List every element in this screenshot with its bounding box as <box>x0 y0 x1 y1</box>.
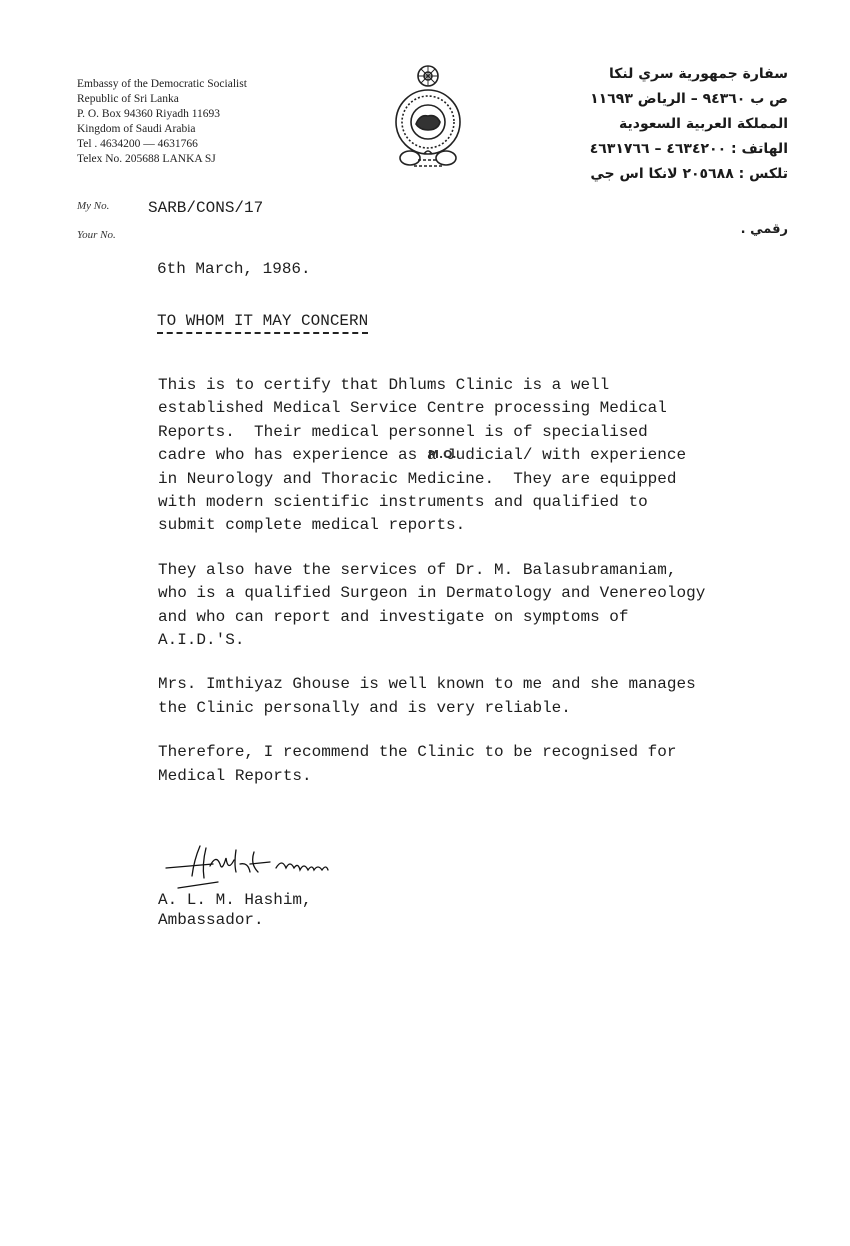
letterhead-line: Embassy of the Democratic Socialist <box>77 77 247 92</box>
letterhead-line: Kingdom of Saudi Arabia <box>77 122 247 137</box>
my-no-label: My No. <box>77 200 109 212</box>
handwritten-annotation: M.O. <box>428 448 456 461</box>
sri-lanka-emblem-icon <box>388 62 468 172</box>
signatory-title: Ambassador. <box>158 910 312 930</box>
arabic-ref-label: رقمي . <box>741 222 788 237</box>
my-no-value: SARB/CONS/17 <box>148 199 263 217</box>
letter-date: 6th March, 1986. <box>157 260 311 278</box>
body-paragraph: Therefore, I recommend the Clinic to be … <box>158 741 818 788</box>
letterhead-arabic-address: سفارة جمهورية سري لنكا ص ب ٩٤٣٦٠ – الريا… <box>590 62 788 187</box>
letter-subject: TO WHOM IT MAY CONCERN <box>157 312 368 334</box>
your-no-label: Your No. <box>77 229 116 241</box>
body-paragraph: Mrs. Imthiyaz Ghouse is well known to me… <box>158 673 818 720</box>
letter-body: This is to certify that Dhlums Clinic is… <box>158 374 818 809</box>
signature <box>158 842 388 892</box>
letterhead-line: P. O. Box 94360 Riyadh 11693 <box>77 107 247 122</box>
letterhead-arabic-line: المملكة العربية السعودية <box>590 112 788 137</box>
letterhead-line: Republic of Sri Lanka <box>77 92 247 107</box>
letterhead-arabic-line: تلكس : ٢٠٥٦٨٨ لانكا اس جي <box>590 162 788 187</box>
letterhead-line: Tel . 4634200 — 4631766 <box>77 137 247 152</box>
letterhead-arabic-line: سفارة جمهورية سري لنكا <box>590 62 788 87</box>
body-paragraph: This is to certify that Dhlums Clinic is… <box>158 374 818 538</box>
signatory-block: A. L. M. Hashim, Ambassador. <box>158 890 312 930</box>
letterhead-arabic-line: ص ب ٩٤٣٦٠ – الرياض ١١٦٩٣ <box>590 87 788 112</box>
letterhead-arabic-line: الهاتف : ٤٦٣٤٢٠٠ – ٤٦٣١٧٦٦ <box>590 137 788 162</box>
letterhead-english-address: Embassy of the Democratic Socialist Repu… <box>77 77 247 167</box>
letterhead-line: Telex No. 205688 LANKA SJ <box>77 152 247 167</box>
body-paragraph: They also have the services of Dr. M. Ba… <box>158 559 818 653</box>
signatory-name: A. L. M. Hashim, <box>158 890 312 910</box>
